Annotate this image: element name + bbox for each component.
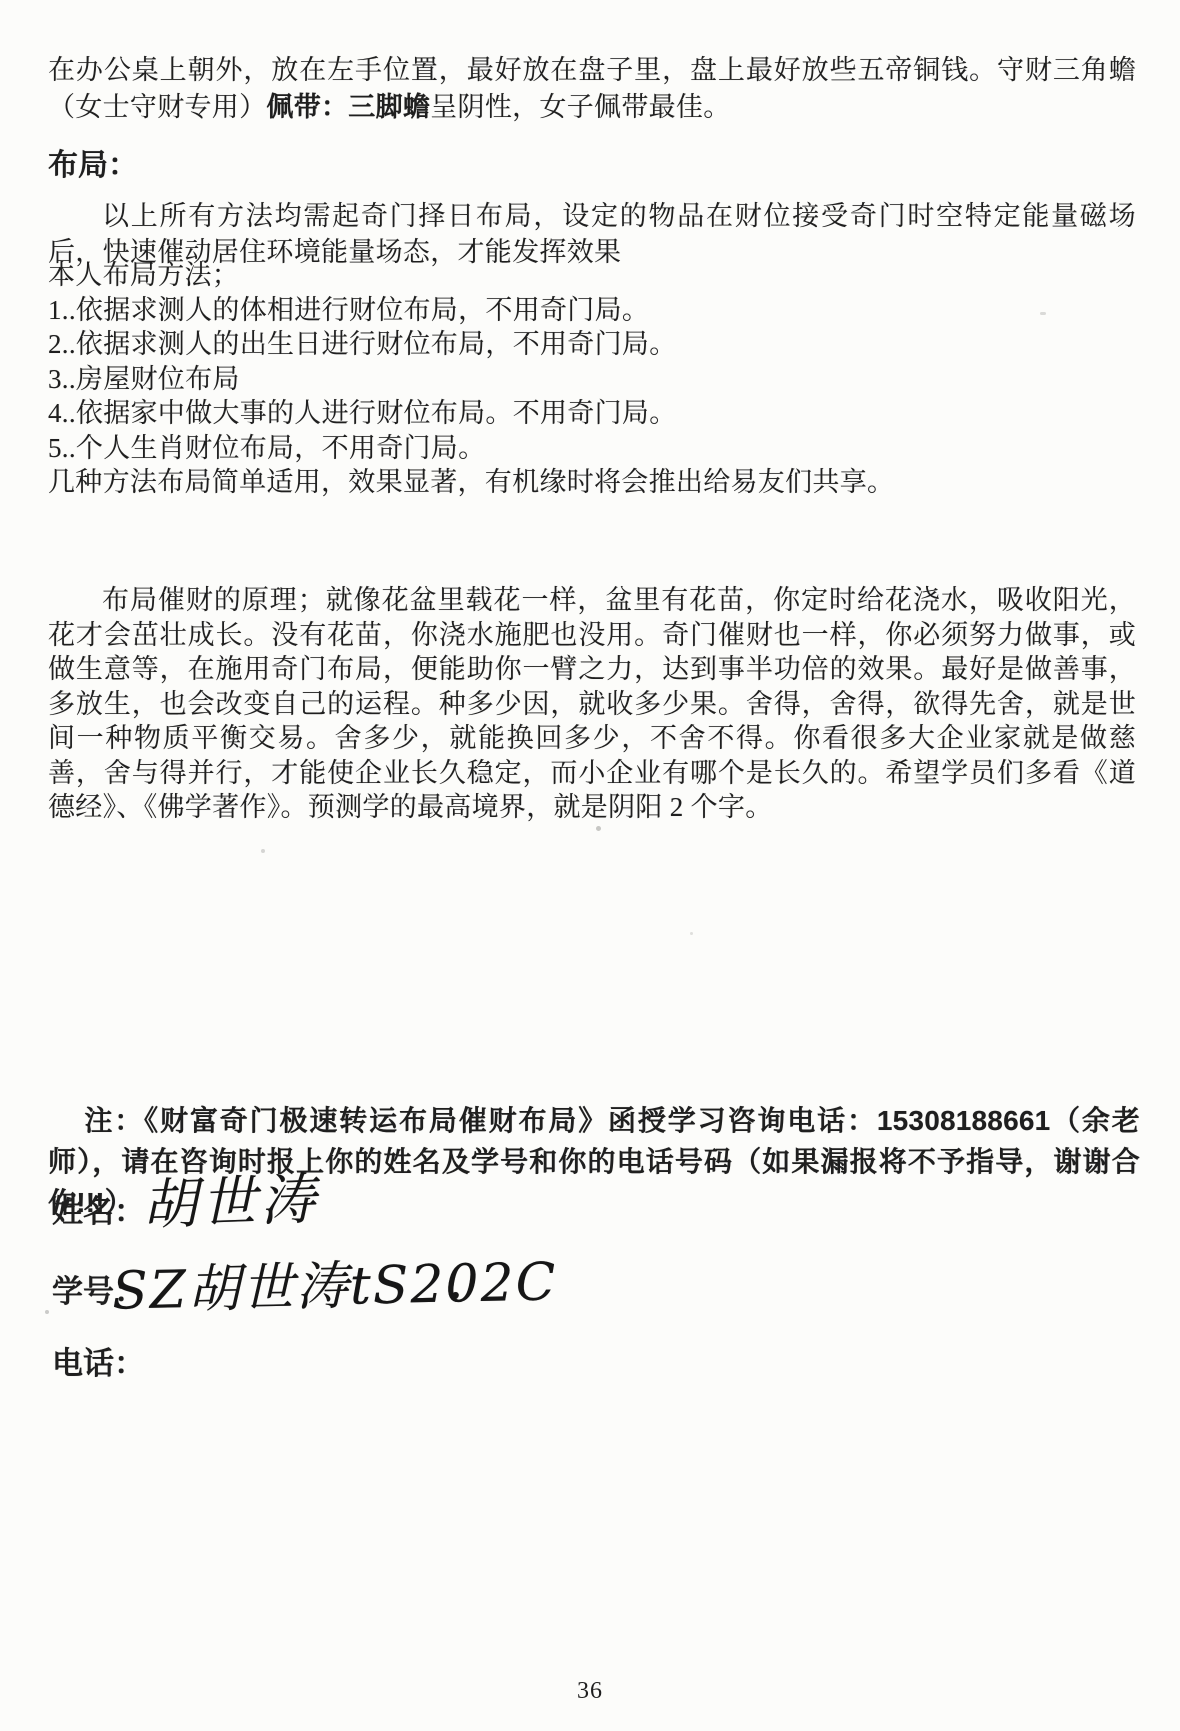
methods-title: 本人布局方法； (48, 258, 1138, 293)
section-heading: 布局： (48, 140, 138, 184)
method-item-5: 5..个人生肖财位布局，不用奇门局。 (48, 431, 1138, 466)
paragraph-principle: 布局催财的原理；就像花盆里载花一样，盆里有花苗，你定时给花浇水，吸收阳光，花才会… (48, 583, 1136, 825)
methods-list: 本人布局方法； 1..依据求测人的体相进行财位布局，不用奇门局。 2..依据求测… (48, 258, 1138, 500)
scan-speck (261, 849, 265, 853)
method-item-1: 1..依据求测人的体相进行财位布局，不用奇门局。 (48, 293, 1138, 328)
continuation-tail: 呈阴性，女子佩带最佳。 (430, 92, 730, 122)
scan-speck (596, 826, 601, 831)
scan-speck (690, 932, 693, 935)
paragraph-continuation: 在办公桌上朝外，放在左手位置，最好放在盘子里，盘上最好放些五帝铜钱。守财三角蟾（… (48, 52, 1136, 126)
student-id-handwritten-value: SZ胡世涛tS202C (111, 1239, 558, 1323)
methods-footer: 几种方法布局简单适用，效果显著，有机缘时将会推出给易友们共享。 (48, 465, 1138, 500)
name-handwritten-value: 胡世涛 (141, 1155, 321, 1240)
scan-speck (1040, 312, 1046, 315)
student-id-period-mark: . (448, 1262, 462, 1309)
method-item-4: 4..依据家中做大事的人进行财位布局。不用奇门局。 (48, 396, 1138, 431)
phone-label: 电话： (52, 1338, 145, 1383)
scan-speck (45, 1310, 49, 1314)
scan-page: 在办公桌上朝外，放在左手位置，最好放在盘子里，盘上最好放些五帝铜钱。守财三角蟾（… (0, 0, 1180, 1731)
wear-instruction-bold: 佩带：三脚蟾 (266, 92, 430, 122)
page-number: 36 (0, 1678, 1180, 1705)
name-label: 姓名： (52, 1186, 145, 1231)
method-item-2: 2..依据求测人的出生日进行财位布局，不用奇门局。 (48, 327, 1138, 362)
method-item-3: 3..房屋财位布局 (48, 362, 1138, 397)
